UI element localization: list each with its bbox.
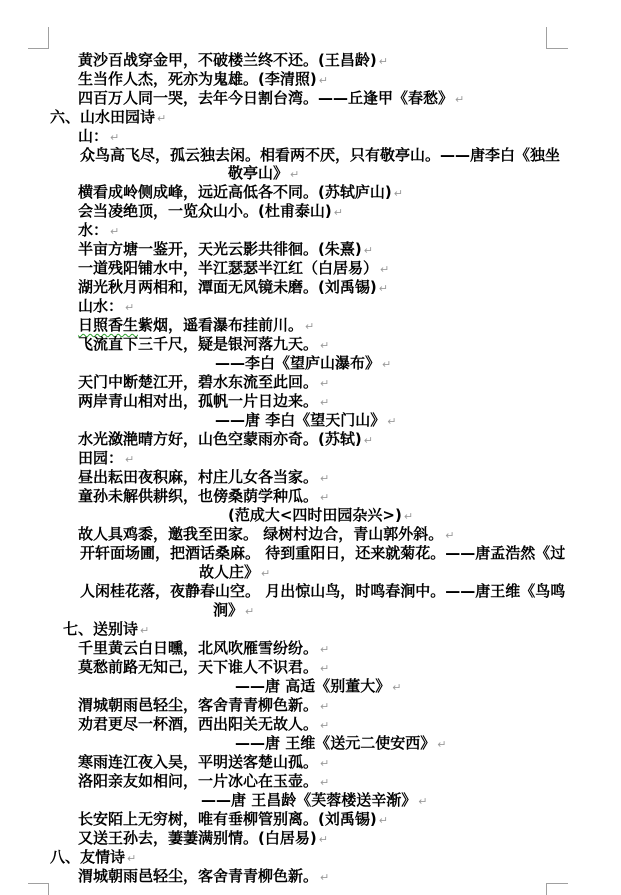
text-line: 莫愁前路无知己，天下谁人不识君。↵ (78, 658, 329, 678)
text-line: 一道残阳铺水中，半江瑟瑟半江红（白居易）↵ (78, 259, 389, 279)
paragraph-mark-icon: ↵ (290, 168, 299, 181)
line-text: 黄沙百战穿金甲，不破楼兰终不还。(王昌龄) (78, 51, 377, 69)
text-line: 渭城朝雨邑轻尘，客舍青青柳色新。↵ (78, 867, 329, 887)
paragraph-mark-icon: ↵ (245, 605, 254, 618)
paragraph-mark-icon: ↵ (320, 871, 329, 884)
paragraph-mark-icon: ↵ (320, 396, 329, 409)
line-text: 飞流直下三千尺，疑是银河落九天。 (78, 335, 318, 353)
text-line: 日照香生紫烟，遥看瀑布挂前川。↵ (78, 316, 314, 336)
crop-mark-bottom-right-horizontal (546, 883, 568, 884)
paragraph-mark-icon: ↵ (364, 244, 373, 257)
line-text: 故人庄》 (199, 563, 259, 581)
line-text: 会当凌绝顶，一览众山小。(杜甫泰山) (78, 202, 332, 220)
text-line: ——李白《望庐山瀑布》↵ (215, 354, 391, 374)
text-line: 敬亭山》↵ (228, 164, 299, 184)
paragraph-mark-icon: ↵ (320, 472, 329, 485)
text-line: 两岸青山相对出，孤帆一片日边来。↵ (78, 392, 329, 412)
line-text: 长安陌上无穷树，唯有垂柳管别离。(刘禹锡) (78, 810, 377, 828)
crop-mark-top-left-vertical (48, 27, 49, 49)
text-line: 童孙未解供耕织，也傍桑荫学种瓜。↵ (78, 487, 329, 507)
line-text: (范成大<四时田园杂兴>) (228, 506, 402, 524)
text-line: 又送王孙去，萋萋满别情。(白居易)↵ (78, 829, 328, 849)
paragraph-mark-icon: ↵ (364, 434, 373, 447)
paragraph-mark-icon: ↵ (387, 415, 396, 428)
line-text: 六、山水田园诗 (50, 108, 155, 126)
paragraph-mark-icon: ↵ (455, 93, 464, 106)
line-text: 渭城朝雨邑轻尘，客舍青青柳色新。 (78, 867, 318, 885)
text-line: ——唐 王昌龄《芙蓉楼送辛渐》↵ (201, 791, 427, 811)
paragraph-mark-icon: ↵ (127, 852, 136, 865)
line-text: 莫愁前路无知己，天下谁人不识君。 (78, 658, 318, 676)
paragraph-mark-icon: ↵ (404, 510, 413, 523)
paragraph-mark-icon: ↵ (125, 453, 134, 466)
paragraph-mark-icon: ↵ (110, 225, 119, 238)
line-text: 人闲桂花落，夜静春山空。 月出惊山鸟，时鸣春涧中。——唐王维《鸟鸣 (80, 582, 565, 600)
paragraph-mark-icon: ↵ (320, 757, 329, 770)
line-text: 众鸟高飞尽，孤云独去闲。相看两不厌，只有敬亭山。——唐李白《独坐 (80, 146, 560, 164)
line-text: 山： (78, 127, 108, 145)
text-line: 故人具鸡黍，邀我至田家。 绿树村边合，青山郭外斜。↵ (78, 525, 454, 545)
section-heading: 六、山水田园诗↵ (50, 108, 166, 128)
text-line: 劝君更尽一杯酒，西出阳关无故人。↵ (78, 715, 329, 735)
text-line: 水：↵ (78, 221, 119, 241)
line-text: 昼出耘田夜积麻，村庄儿女各当家。 (78, 468, 318, 486)
text-line: ——唐 李白《望天门山》↵ (215, 411, 396, 431)
line-text: 又送王孙去，萋萋满别情。(白居易) (78, 829, 317, 847)
text-line: 寒雨连江夜入吴，平明送客楚山孤。↵ (78, 753, 329, 773)
paragraph-mark-icon: ↵ (334, 206, 343, 219)
line-text: 湖光秋月两相和，潭面无风镜未磨。(刘禹锡) (78, 278, 377, 296)
paragraph-mark-icon: ↵ (319, 833, 328, 846)
crop-mark-bottom-left-vertical (48, 883, 49, 895)
paragraph-mark-icon: ↵ (305, 320, 314, 333)
line-text: 洛阳亲友如相问，一片冰心在玉壶。 (78, 772, 318, 790)
line-text: 涧》 (213, 601, 243, 619)
line-text: 劝君更尽一杯酒，西出阳关无故人。 (78, 715, 318, 733)
line-text: 敬亭山》 (228, 164, 288, 182)
line-text: 田园： (78, 449, 123, 467)
crop-mark-top-right-vertical (546, 27, 547, 49)
paragraph-mark-icon: ↵ (379, 282, 388, 295)
text-line: ——唐 王维《送元二使安西》↵ (235, 734, 446, 754)
text-line: ——唐 高适《别董大》↵ (235, 677, 401, 697)
text-line: 洛阳亲友如相问，一片冰心在玉壶。↵ (78, 772, 329, 792)
line-text: 水： (78, 221, 108, 239)
line-text: 水光潋滟晴方好，山色空蒙雨亦奇。(苏轼) (78, 430, 362, 448)
text-line: 田园：↵ (78, 449, 134, 469)
text-line: 飞流直下三千尺，疑是银河落九天。↵ (78, 335, 329, 355)
text-line: (范成大<四时田园杂兴>)↵ (228, 506, 413, 526)
paragraph-mark-icon: ↵ (379, 55, 388, 68)
crop-mark-bottom-left-horizontal (28, 883, 49, 884)
line-text: 山水： (78, 297, 123, 315)
text-line: 生当作人杰，死亦为鬼雄。(李清照)↵ (78, 70, 328, 90)
paragraph-mark-icon: ↵ (261, 567, 270, 580)
text-line: 众鸟高飞尽，孤云独去闲。相看两不厌，只有敬亭山。——唐李白《独坐 (80, 146, 560, 165)
paragraph-mark-icon: ↵ (382, 358, 391, 371)
section-heading: 七、送别诗↵ (63, 620, 149, 640)
text-line: 横看成岭侧成峰，远近高低各不同。(苏轼庐山)↵ (78, 183, 403, 203)
paragraph-mark-icon: ↵ (320, 776, 329, 789)
text-line: 长安陌上无穷树，唯有垂柳管别离。(刘禹锡)↵ (78, 810, 388, 830)
text-line: 水光潋滟晴方好，山色空蒙雨亦奇。(苏轼)↵ (78, 430, 373, 450)
text-line: 涧》↵ (213, 601, 254, 621)
line-text: 生当作人杰，死亦为鬼雄。(李清照) (78, 70, 317, 88)
line-text: 横看成岭侧成峰，远近高低各不同。(苏轼庐山) (78, 183, 392, 201)
line-text: 四百万人同一哭，去年今日割台湾。——丘逢甲《春愁》 (78, 89, 453, 107)
line-text: 寒雨连江夜入吴，平明送客楚山孤。 (78, 753, 318, 771)
text-line: 渭城朝雨邑轻尘，客舍青青柳色新。↵ (78, 696, 329, 716)
line-text: 八、友情诗 (50, 848, 125, 866)
text-line: 天门中断楚江开，碧水东流至此回。↵ (78, 373, 329, 393)
text-line: 昼出耘田夜积麻，村庄儿女各当家。↵ (78, 468, 329, 488)
line-text: ——李白《望庐山瀑布》 (215, 354, 380, 372)
line-text: 两岸青山相对出，孤帆一片日边来。 (78, 392, 318, 410)
paragraph-mark-icon: ↵ (437, 738, 446, 751)
paragraph-mark-icon: ↵ (379, 814, 388, 827)
line-text: ——唐 李白《望天门山》 (215, 411, 385, 429)
line-text: ——唐 高适《别董大》 (235, 677, 390, 695)
line-text: 半亩方塘一鉴开，天光云影共徘徊。(朱熹) (78, 240, 362, 258)
crop-mark-bottom-right-vertical (546, 883, 547, 895)
paragraph-mark-icon: ↵ (394, 187, 403, 200)
paragraph-mark-icon: ↵ (445, 529, 454, 542)
text-line: 四百万人同一哭，去年今日割台湾。——丘逢甲《春愁》↵ (78, 89, 464, 109)
crop-mark-top-left-horizontal (28, 48, 49, 49)
text-line: 黄沙百战穿金甲，不破楼兰终不还。(王昌龄)↵ (78, 51, 388, 71)
text-line: 会当凌绝顶，一览众山小。(杜甫泰山)↵ (78, 202, 343, 222)
line-text: 一道残阳铺水中，半江瑟瑟半江红（白居易） (78, 259, 378, 277)
line-text: 渭城朝雨邑轻尘，客舍青青柳色新。 (78, 696, 318, 714)
line-text: 天门中断楚江开，碧水东流至此回。 (78, 373, 318, 391)
line-text: 日照香生紫烟，遥看瀑布挂前川。 (78, 316, 303, 334)
line-text: ——唐 王维《送元二使安西》 (235, 734, 435, 752)
grammar-squiggle: 日照香生 (78, 316, 138, 334)
paragraph-mark-icon: ↵ (157, 112, 166, 125)
text-line: 山：↵ (78, 127, 119, 147)
text-line: 千里黄云白日曛，北风吹雁雪纷纷。↵ (78, 639, 329, 659)
line-text: 故人具鸡黍，邀我至田家。 绿树村边合，青山郭外斜。 (78, 525, 443, 543)
paragraph-mark-icon: ↵ (320, 491, 329, 504)
paragraph-mark-icon: ↵ (392, 681, 401, 694)
paragraph-mark-icon: ↵ (320, 700, 329, 713)
section-heading: 八、友情诗↵ (50, 848, 136, 868)
text-line: 山水：↵ (78, 297, 134, 317)
crop-mark-top-right-horizontal (546, 48, 568, 49)
line-text: ——唐 王昌龄《芙蓉楼送辛渐》 (201, 791, 416, 809)
paragraph-mark-icon: ↵ (110, 131, 119, 144)
paragraph-mark-icon: ↵ (418, 795, 427, 808)
text-line: 故人庄》↵ (199, 563, 270, 583)
paragraph-mark-icon: ↵ (320, 719, 329, 732)
paragraph-mark-icon: ↵ (380, 263, 389, 276)
paragraph-mark-icon: ↵ (320, 643, 329, 656)
line-text: 童孙未解供耕织，也傍桑荫学种瓜。 (78, 487, 318, 505)
document-page: 黄沙百战穿金甲，不破楼兰终不还。(王昌龄)↵生当作人杰，死亦为鬼雄。(李清照)↵… (0, 0, 621, 895)
line-text: 七、送别诗 (63, 620, 138, 638)
paragraph-mark-icon: ↵ (320, 662, 329, 675)
paragraph-mark-icon: ↵ (320, 339, 329, 352)
text-line: 开轩面场圃，把酒话桑麻。 待到重阳日，还来就菊花。——唐孟浩然《过 (80, 544, 565, 563)
paragraph-mark-icon: ↵ (140, 624, 149, 637)
text-line: 湖光秋月两相和，潭面无风镜未磨。(刘禹锡)↵ (78, 278, 388, 298)
paragraph-mark-icon: ↵ (320, 377, 329, 390)
text-line: 半亩方塘一鉴开，天光云影共徘徊。(朱熹)↵ (78, 240, 373, 260)
paragraph-mark-icon: ↵ (319, 74, 328, 87)
line-text: 开轩面场圃，把酒话桑麻。 待到重阳日，还来就菊花。——唐孟浩然《过 (80, 544, 565, 562)
text-line: 人闲桂花落，夜静春山空。 月出惊山鸟，时鸣春涧中。——唐王维《鸟鸣 (80, 582, 565, 601)
paragraph-mark-icon: ↵ (125, 301, 134, 314)
line-text: 千里黄云白日曛，北风吹雁雪纷纷。 (78, 639, 318, 657)
